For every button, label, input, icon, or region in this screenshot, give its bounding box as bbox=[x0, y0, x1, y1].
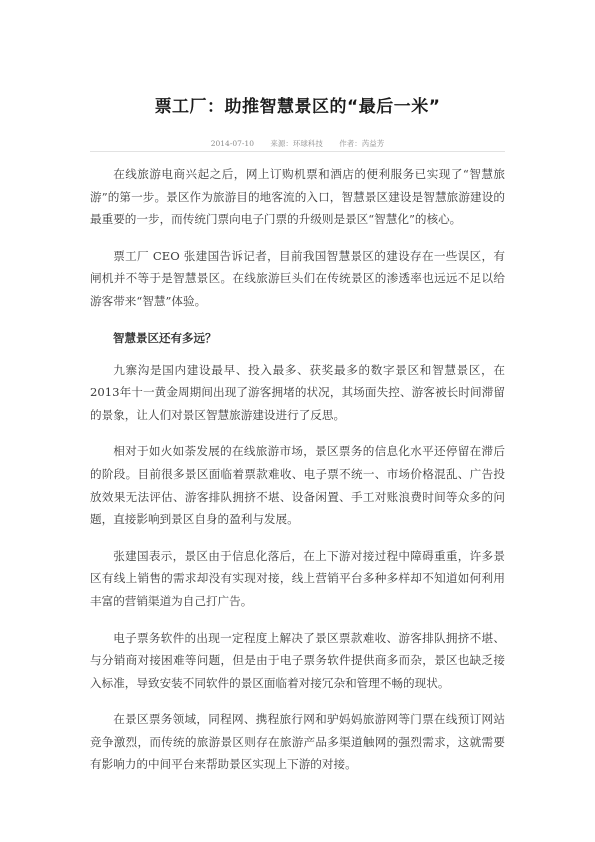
article-title: 票工厂：助推智慧景区的“最后一米” bbox=[90, 92, 505, 117]
paragraph: 张建国表示，景区由于信息化落后，在上下游对接过程中障碍重重，许多景区有线上销售的… bbox=[90, 545, 505, 613]
article-meta: 2014-07-10 来源：环球科技 作者：芮益芳 bbox=[90, 138, 505, 149]
article-date: 2014-07-10 bbox=[211, 139, 254, 148]
paragraph: 九寨沟是国内建设最早、投入最多、获奖最多的数字景区和智慧景区，在2013年十一黄… bbox=[90, 359, 505, 427]
paragraph: 在景区票务领域，同程网、携程旅行网和驴妈妈旅游网等门票在线预订网站竞争激烈，而传… bbox=[90, 708, 505, 776]
article-body: 在线旅游电商兴起之后，网上订购机票和酒店的便利服务已实现了“智慧旅游”的第一步。… bbox=[90, 163, 505, 790]
paragraph: 电子票务软件的出现一定程度上解决了景区票款难收、游客排队拥挤不堪、与分销商对接困… bbox=[90, 627, 505, 695]
paragraph: 相对于如火如荼发展的在线旅游市场，景区票务的信息化水平还停留在滞后的阶段。目前很… bbox=[90, 440, 505, 530]
paragraph: 票工厂 CEO 张建国告诉记者，目前我国智慧景区的建设存在一些误区，有闸机并不等… bbox=[90, 245, 505, 313]
title-divider bbox=[90, 151, 505, 152]
section-subheading: 智慧景区还有多远？ bbox=[90, 327, 505, 349]
article-author: 作者：芮益芳 bbox=[339, 139, 384, 148]
article-source: 来源：环球科技 bbox=[270, 139, 323, 148]
paragraph: 在线旅游电商兴起之后，网上订购机票和酒店的便利服务已实现了“智慧旅游”的第一步。… bbox=[90, 163, 505, 231]
